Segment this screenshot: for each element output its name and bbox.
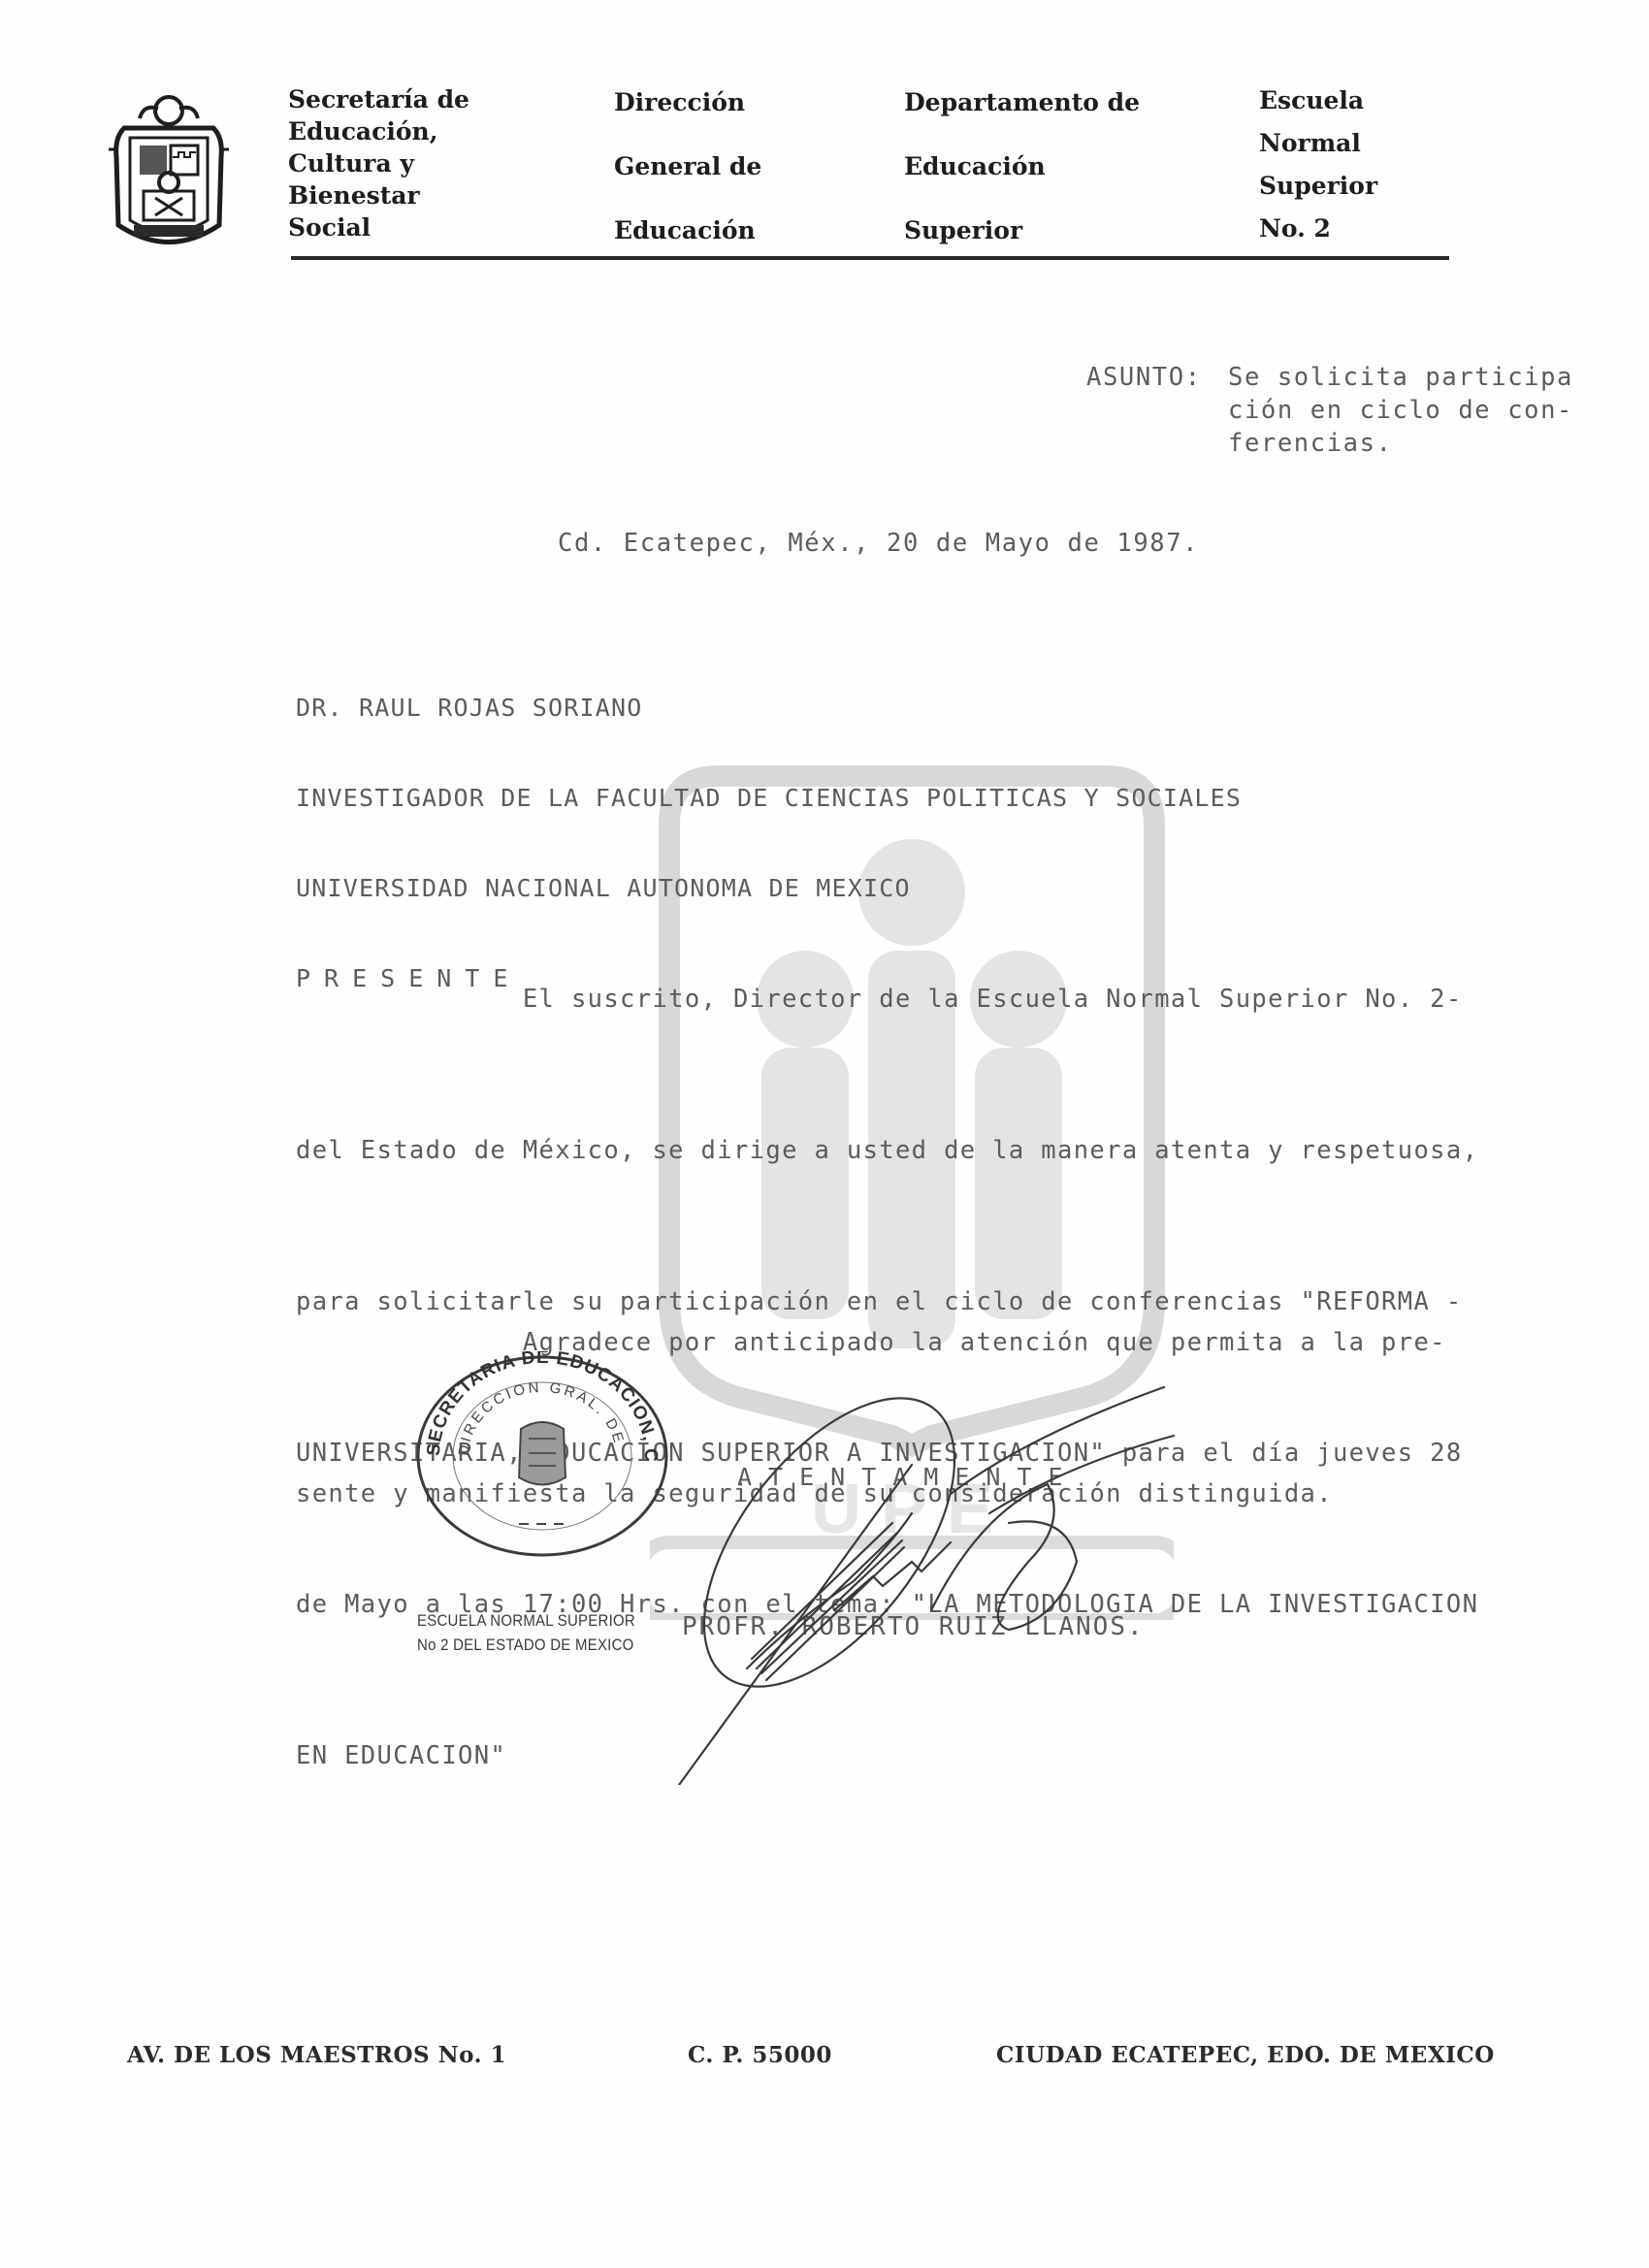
footer-postal-code: C. P. 55000 [688,2042,832,2068]
letterhead-divider [291,256,1449,260]
seal-caption: ESCUELA NORMAL SUPERIOR No 2 DEL ESTADO … [417,1608,635,1657]
official-seal-icon: SECRETARIA DE EDUCACION, CULTURA Y BIENE… [412,1351,672,1560]
body-line: El suscrito, Director de la Escuela Norm… [296,974,1478,1024]
letterhead-line: Dirección [614,83,761,147]
seal-caption-line: No 2 DEL ESTADO DE MEXICO [417,1633,635,1657]
body-line: del Estado de México, se dirige a usted … [296,1125,1478,1176]
letterhead-line: Secretaría de [288,83,469,115]
addressee-position: INVESTIGADOR DE LA FACULTAD DE CIENCIAS … [296,783,1242,813]
letterhead-escuela: Escuela Normal Superior No. 2 [1259,83,1377,254]
letterhead-line: Normal [1259,126,1377,169]
letterhead-line: Educación, [288,115,469,147]
letterhead-line: Social [288,211,469,243]
footer-address: AV. DE LOS MAESTROS No. 1 [127,2042,506,2068]
letter-page: UPE Secretaría de Educación, Cultura y B… [0,0,1649,2268]
letterhead-direccion: Dirección General de Educación [614,83,761,275]
letterhead-line: Educación [904,147,1140,211]
letterhead-secretaria: Secretaría de Educación, Cultura y Biene… [288,83,469,243]
seal-caption-line: ESCUELA NORMAL SUPERIOR [417,1608,635,1633]
letterhead-line: Superior [904,211,1140,275]
addressee-name: DR. RAUL ROJAS SORIANO [296,693,1242,723]
body-line: EN EDUCACION" [296,1731,1478,1781]
subject-line: Se solicita participa [1228,363,1573,392]
subject-line: ferencias. [1228,429,1393,458]
letterhead-line: Bienestar [288,179,469,211]
letterhead-line: Superior [1259,169,1377,211]
letterhead-line: Departamento de [904,83,1140,147]
closing-salutation: ATENTAMENTE [737,1463,1080,1491]
subject-label: ASUNTO: [1086,361,1228,394]
place-date: Cd. Ecatepec, Méx., 20 de Mayo de 1987. [558,526,1199,561]
signer-name: PROFR. ROBERTO RUIZ LLANOS. [682,1612,1145,1641]
letterhead-line: Cultura y [288,147,469,179]
footer-city: CIUDAD ECATEPEC, EDO. DE MEXICO [996,2042,1495,2068]
letterhead-line: Escuela [1259,83,1377,126]
letterhead-line: Educación [614,211,761,275]
letterhead-line: No. 2 [1259,211,1377,254]
letterhead-line: General de [614,147,761,211]
subject-block: ASUNTO:Se solicita participa ción en cic… [1086,361,1573,460]
state-coat-of-arms-icon [105,89,233,254]
subject-line: ción en ciclo de con- [1228,396,1573,425]
letterhead-departamento: Departamento de Educación Superior [904,83,1140,275]
